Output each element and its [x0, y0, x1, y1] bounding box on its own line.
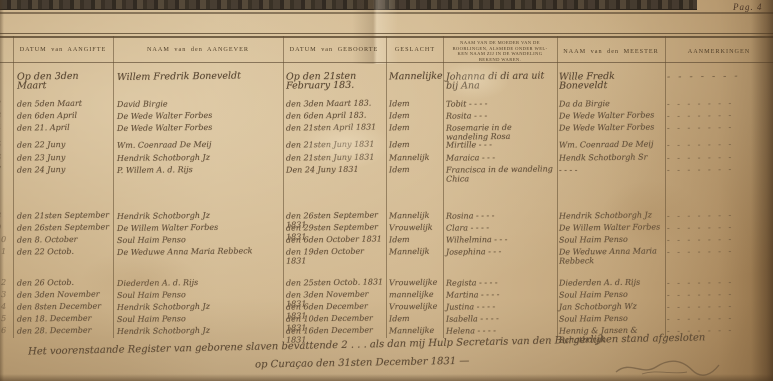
cell-geslacht: Vrouwelijke: [389, 278, 443, 288]
cell-naam-aangever: Hendrik Schotborgh Jz: [117, 152, 281, 163]
cell-geslacht: Mannelijk: [389, 211, 443, 221]
cell-aanmerkingen: - - - - - - -: [667, 234, 771, 244]
cell-geslacht: Vrouwelijke: [389, 302, 443, 312]
header-naam-aangever: NAAM van den AANGEVER: [117, 46, 279, 53]
cell-naam-moeder: Josephina - - -: [446, 246, 554, 256]
cell-datum-aangifte: den 21sten September: [17, 210, 111, 220]
register-row: 7 den 24 Juny P. Willem A. d. Rijs Den 2…: [0, 165, 773, 178]
cell-naam-meester: Soul Haim Penso: [559, 313, 663, 323]
cell-datum-geboorte: den 21sten Juny 1831: [286, 152, 384, 162]
closing-note-line-2: op Curaçao den 31sten December 1831 —: [255, 353, 655, 371]
cell-naam-aangever: De Willem Walter Forbes: [117, 222, 281, 233]
cell-naam-aangever: De Weduwe Anna Maria Rebbeck: [117, 246, 281, 257]
table-top-rule-outer: [0, 33, 773, 34]
cell-naam-moeder: Rosina - - - -: [446, 210, 554, 220]
cell-aanmerkingen: - - - - - - -: [667, 222, 771, 232]
cell-aanmerkingen: - - - - - - -: [667, 110, 771, 120]
row-number: 8: [0, 211, 10, 220]
row-number: 15: [0, 314, 10, 323]
cell-geslacht: Idem: [389, 314, 443, 324]
cell-geslacht: Idem: [389, 235, 443, 245]
cell-naam-aangever: P. Willem A. d. Rijs: [117, 164, 281, 175]
cell-geslacht: Mannelijk: [389, 153, 443, 163]
cell-datum-aangifte: den 21. April: [17, 122, 111, 132]
header-datum-aangifte: DATUM van AANGIFTE: [15, 46, 111, 53]
cell-naam-moeder: Clara - - - -: [446, 222, 554, 232]
torn-paper-edge: [0, 0, 697, 10]
cell-datum-aangifte: den 5den Maart: [17, 98, 111, 108]
cell-naam-aangever: Hendrik Schotborgh Jz: [117, 301, 281, 312]
cell-datum-aangifte: den 8sten December: [17, 301, 111, 311]
cell-geslacht: Idem: [389, 111, 443, 121]
cell-datum-aangifte: den 28. December: [17, 325, 111, 335]
row-number: 9: [0, 223, 10, 232]
cell-naam-meester: Soul Haim Penso: [559, 234, 663, 244]
cell-datum-aangifte: den 3den November: [17, 289, 111, 299]
cell-naam-aangever: Hendrik Schotborgh Jz: [117, 210, 281, 221]
cell-aanmerkingen: - - - - - - -: [667, 164, 771, 174]
cell-geslacht: Idem: [389, 140, 443, 150]
cell-datum-aangifte: den 8. October: [17, 234, 111, 244]
header-naam-moeder-line: NAAM VAN DE MOEDER VAN DE: [460, 40, 540, 45]
cell-naam-aangever: Hendrik Schotborgh Jz: [117, 325, 281, 336]
cell-datum-aangifte: Op den 3den Maart: [17, 71, 111, 90]
cell-aanmerkingen: - - - - - - -: [667, 152, 771, 162]
cell-naam-aangever: Soul Haim Penso: [117, 234, 281, 245]
cell-naam-meester: De Wede Walter Forbes: [559, 122, 663, 132]
cell-naam-moeder: Tobit - - - -: [446, 98, 554, 108]
cell-geslacht: Idem: [389, 123, 443, 133]
row-number: 4: [0, 123, 10, 132]
cell-naam-moeder: Regista - - - -: [446, 277, 554, 287]
cell-aanmerkingen: - - - - - - -: [667, 139, 771, 149]
cell-geslacht: mannelijke: [389, 290, 443, 300]
cell-aanmerkingen: - - - - - - -: [667, 313, 771, 323]
cell-naam-aangever: De Wede Walter Forbes: [117, 122, 281, 133]
cell-naam-meester: Diederden A. d. Rijs: [559, 277, 663, 287]
cell-datum-geboorte: den 6den April 183.: [286, 110, 384, 120]
row-number: 1: [0, 72, 10, 81]
cell-naam-meester: Da da Birgie: [559, 98, 663, 108]
cell-naam-meester: De Wede Walter Forbes: [559, 110, 663, 120]
cell-datum-aangifte: den 24 Juny: [17, 164, 111, 174]
cell-naam-meester: Hendk Schotborgh Sr: [559, 152, 663, 162]
header-datum-geboorte: DATUM van GEBOORTE: [286, 46, 382, 53]
register-scan-sheet: Pag. 4 DATUM van AANGIFTE NAAM van den A…: [0, 0, 773, 381]
register-row: 4 den 21. April De Wede Walter Forbes de…: [0, 123, 773, 136]
cell-datum-geboorte: Den 24 Juny 1831: [286, 164, 384, 174]
cell-geslacht: Mannelijk: [389, 247, 443, 257]
row-number: 12: [0, 278, 10, 287]
row-number: 10: [0, 235, 10, 244]
cell-datum-aangifte: den 22 Juny: [17, 139, 111, 149]
cell-naam-aangever: Wm. Coenraad De Meij: [117, 139, 281, 150]
cell-naam-moeder: Rosita - - -: [446, 110, 554, 120]
row-number: 14: [0, 302, 10, 311]
cell-naam-moeder: Johanna di di ara uit bij Ana: [446, 71, 554, 90]
cell-naam-moeder: Mirtille - - -: [446, 139, 554, 149]
cell-datum-aangifte: den 6den April: [17, 110, 111, 120]
cell-datum-geboorte: den 21sten April 1831: [286, 122, 384, 132]
sheet-top-rule: [0, 12, 773, 14]
cell-geslacht: Idem: [389, 165, 443, 175]
row-number: 2: [0, 99, 10, 108]
row-number: 3: [0, 111, 10, 120]
row-number: 7: [0, 165, 10, 174]
header-naam-moeder-line: KEN NAAM ZIJ IN DE WANDELING: [458, 51, 543, 56]
cell-datum-aangifte: den 22 Octob.: [17, 246, 111, 256]
cell-aanmerkingen: - - - - - - -: [667, 98, 771, 108]
header-naam-meester: NAAM van den MEESTER: [559, 48, 663, 55]
cell-datum-geboorte: den 6den October 1831: [286, 234, 384, 244]
folio-label: Pag. 4: [733, 2, 763, 12]
header-aanmerkingen: AANMERKINGEN: [667, 48, 771, 55]
cell-naam-moeder: Helena - - - -: [446, 325, 554, 335]
cell-naam-moeder: Isabella - - - -: [446, 313, 554, 323]
register-row: 1 Op den 3den Maart Willem Fredrik Bonev…: [0, 72, 773, 85]
row-number: 11: [0, 247, 10, 256]
cell-datum-aangifte: den 18. December: [17, 313, 111, 323]
cell-aanmerkingen: - - - - - - -: [667, 301, 771, 311]
cell-naam-aangever: Diederden A. d. Rijs: [117, 277, 281, 288]
cell-aanmerkingen: - - - - - - -: [667, 246, 771, 256]
cell-datum-geboorte: den 25sten Octob. 1831: [286, 277, 384, 287]
cell-naam-meester: Soul Haim Penso: [559, 289, 663, 299]
cell-naam-aangever: Willem Fredrik Boneveldt: [117, 71, 281, 82]
signature-flourish: [612, 358, 722, 378]
header-geslacht: GESLACHT: [388, 46, 442, 53]
cell-naam-meester: De Weduwe Anna Maria Rebbeck: [559, 246, 663, 265]
cell-aanmerkingen: - - - - - - -: [667, 122, 771, 132]
cell-naam-aangever: Soul Haim Penso: [117, 289, 281, 300]
cell-naam-meester: Hendrik Schotborgh Jz: [559, 210, 663, 220]
cell-naam-aangever: De Wede Walter Forbes: [117, 110, 281, 121]
cell-datum-geboorte: Op den 21sten February 183.: [286, 71, 384, 90]
cell-geslacht: Mannelijke: [389, 326, 443, 336]
cell-datum-geboorte: den 21sten Juny 1831: [286, 139, 384, 149]
register-row: 5 den 22 Juny Wm. Coenraad De Meij den 2…: [0, 140, 773, 153]
header-naam-moeder-line: BEKEND WAREN.: [479, 57, 521, 62]
cell-naam-aangever: David Birgie: [117, 98, 281, 109]
cell-naam-moeder: Justina - - - -: [446, 301, 554, 311]
cell-naam-meester: Wille Fredk Boneveldt: [559, 71, 663, 90]
cell-naam-meester: - - - -: [559, 164, 663, 174]
row-number: 5: [0, 140, 10, 149]
cell-naam-moeder: Francisca in de wandeling Chica: [446, 164, 554, 183]
cell-geslacht: Vrouwelijk: [389, 223, 443, 233]
cell-naam-meester: Wm. Coenraad De Meij: [559, 139, 663, 149]
cell-naam-aangever: Soul Haim Penso: [117, 313, 281, 324]
row-number: 13: [0, 290, 10, 299]
header-naam-moeder: NAAM VAN DE MOEDER VAN DE BOORLINGEN, AL…: [446, 40, 554, 62]
cell-naam-meester: De Willem Walter Forbes: [559, 222, 663, 232]
cell-geslacht: Mannelijke: [389, 72, 443, 82]
cell-aanmerkingen: - - - - - - -: [667, 289, 771, 299]
cell-datum-aangifte: den 23 Juny: [17, 152, 111, 162]
cell-datum-geboorte: den 3den Maart 183.: [286, 98, 384, 108]
cell-datum-geboorte: den 19den October 1831: [286, 246, 384, 265]
cell-aanmerkingen: - - - - - - -: [667, 277, 771, 287]
cell-datum-aangifte: den 26sten September: [17, 222, 111, 232]
cell-geslacht: Idem: [389, 99, 443, 109]
cell-naam-moeder: Martina - - - -: [446, 289, 554, 299]
header-naam-moeder-line: BOORLINGEN, ALSMEDE ONDER WEL-: [452, 46, 547, 51]
cell-naam-meester: Jan Schotborgh Wz: [559, 301, 663, 311]
cell-datum-aangifte: den 26 Octob.: [17, 277, 111, 287]
cell-naam-moeder: Maraica - - -: [446, 152, 554, 162]
row-number: 16: [0, 326, 10, 335]
register-row: 11 den 22 Octob. De Weduwe Anna Maria Re…: [0, 247, 773, 260]
cell-aanmerkingen: - - - - - - -: [667, 210, 771, 220]
row-number: 6: [0, 153, 10, 162]
cell-aanmerkingen: - - - - - - -: [667, 71, 771, 81]
cell-naam-moeder: Wilhelmina - - -: [446, 234, 554, 244]
